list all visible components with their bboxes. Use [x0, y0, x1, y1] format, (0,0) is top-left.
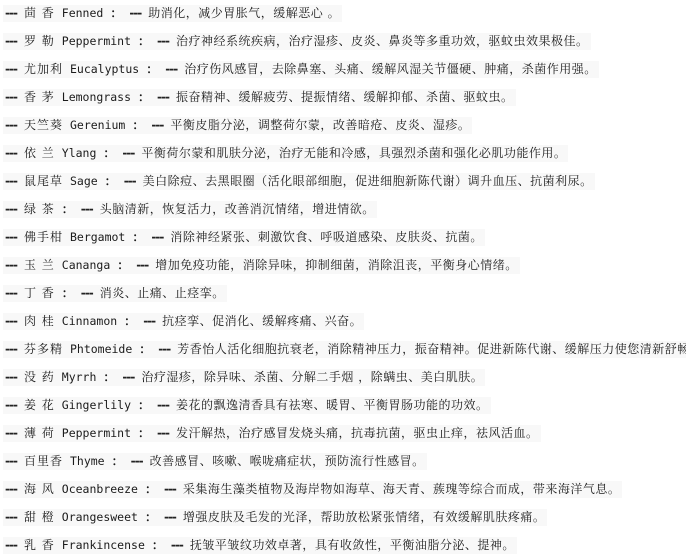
oil-list-item-18: --- 海 风 Oceanbreeze ： --- 采集海生藻类植物及海岸物如海…: [3, 475, 686, 503]
oil-name-en: Peppermint: [62, 426, 131, 441]
oil-name-cn: 丁 香: [24, 286, 55, 301]
leading-dashes: ---: [5, 342, 17, 357]
oil-name-en: Phtomeide: [70, 342, 132, 357]
mid-dashes: ---: [164, 482, 176, 497]
oil-description: 振奋精神、缓解疲劳、提振情绪、缓解抑郁、杀菌、驱蚊虫。: [176, 90, 514, 105]
leading-dashes: ---: [5, 454, 17, 469]
oil-description: 增强皮肤及毛发的光泽，帮助放松紧张情绪，有效缓解肌肤疼痛。: [183, 510, 546, 525]
oil-name-cn: 依 兰: [24, 146, 55, 161]
oil-description: 改善感冒、咳嗽、喉咙痛症状，预防流行性感冒。: [150, 454, 425, 469]
colon-separator: ：: [132, 230, 144, 245]
colon-separator: ：: [103, 146, 115, 161]
leading-dashes: ---: [5, 174, 17, 189]
oil-name-en: Fenned: [62, 6, 104, 21]
colon-separator: ：: [110, 6, 122, 21]
oil-description: 抗痉挛、促消化、缓解疼痛、兴奋。: [162, 314, 362, 329]
oil-description: 治疗湿疹，除异味、杀菌、分解二手烟 ，除螨虫、美白肌肤。: [141, 370, 483, 385]
mid-dashes: ---: [151, 230, 163, 245]
mid-dashes: ---: [131, 454, 143, 469]
mid-dashes: ---: [124, 174, 136, 189]
oil-list-item-8: --- 绿 茶 ： --- 头脑清新，恢复活力，改善消沉情绪，增进情欲。: [3, 196, 686, 224]
leading-dashes: ---: [5, 538, 17, 553]
oil-list-item-6: --- 依 兰 Ylang ： --- 平衡荷尔蒙和肌肤分泌，治疗无能和冷感，具…: [3, 140, 686, 168]
oil-line-text: --- 绿 茶 ： --- 头脑清新，恢复活力，改善消沉情绪，增进情欲。: [3, 201, 377, 218]
oil-name-cn: 罗 勒: [24, 34, 55, 49]
oil-description: 消除神经紧张、刺激饮食、呼吸道感染、皮肤炎、抗菌。: [170, 230, 483, 245]
colon-separator: ：: [62, 286, 74, 301]
oil-name-cn: 芬多精: [24, 342, 63, 357]
oil-name-en: Sage: [70, 174, 98, 189]
oil-list-item-12: --- 肉 桂 Cinnamon ： --- 抗痉挛、促消化、缓解疼痛、兴奋。: [3, 307, 686, 335]
mid-dashes: ---: [81, 202, 93, 217]
oil-name-cn: 鼠尾草: [24, 174, 63, 189]
colon-separator: ：: [132, 118, 144, 133]
oil-name-cn: 天竺葵: [24, 118, 63, 133]
oil-line-text: --- 丁 香 ： --- 消炎、止痛、止痉挛。: [3, 285, 227, 302]
oil-line-text: --- 鼠尾草 Sage ： --- 美白除痘、去黑眼圈（活化眼部细胞，促进细胞…: [3, 173, 595, 190]
oil-description: 芳香怡人活化细胞抗衰老，消除精神压力，振奋精神。促进新陈代谢、缓解压力使您清新舒…: [177, 342, 686, 357]
oil-name-cn: 甜 橙: [24, 510, 55, 525]
oil-name-cn: 玉 兰: [24, 258, 55, 273]
oil-name-en: Bergamot: [70, 230, 125, 245]
mid-dashes: ---: [122, 146, 134, 161]
oil-line-text: --- 甜 橙 Orangesweet ： --- 增强皮肤及毛发的光泽，帮助放…: [3, 509, 547, 526]
essential-oil-info-sheet: --- 茴 香 Fenned ： --- 助消化，减少胃胀气，缓解恶心 。 --…: [0, 0, 686, 559]
mid-dashes: ---: [151, 118, 163, 133]
mid-dashes: ---: [171, 538, 183, 553]
colon-separator: ：: [138, 90, 150, 105]
oil-name-cn: 香 茅: [24, 90, 55, 105]
leading-dashes: ---: [5, 258, 17, 273]
leading-dashes: ---: [5, 118, 17, 133]
oil-name-en: Ylang: [62, 146, 97, 161]
oil-name-en: Orangesweet: [62, 510, 138, 525]
mid-dashes: ---: [157, 90, 169, 105]
oil-line-text: --- 乳 香 Frankincense ： --- 抚皱平皱纹功效卓著，具有收…: [3, 537, 517, 554]
leading-dashes: ---: [5, 202, 17, 217]
oil-name-en: Thyme: [70, 454, 105, 469]
oil-list-item-17: --- 百里香 Thyme ： --- 改善感冒、咳嗽、喉咙痛症状，预防流行性感…: [3, 447, 686, 475]
mid-dashes: ---: [165, 62, 177, 77]
mid-dashes: ---: [158, 342, 170, 357]
leading-dashes: ---: [5, 230, 17, 245]
oil-name-cn: 佛手柑: [24, 230, 63, 245]
leading-dashes: ---: [5, 146, 17, 161]
oil-line-text: --- 海 风 Oceanbreeze ： --- 采集海生藻类植物及海岸物如海…: [3, 481, 622, 498]
mid-dashes: ---: [136, 258, 148, 273]
oil-description: 治疗伤风感冒，去除鼻塞、头痛、缓解风湿关节僵硬、肿痛，杀菌作用强。: [184, 62, 597, 77]
oil-name-cn: 尤加利: [24, 62, 63, 77]
oil-list-item-7: --- 鼠尾草 Sage ： --- 美白除痘、去黑眼圈（活化眼部细胞，促进细胞…: [3, 168, 686, 196]
mid-dashes: ---: [157, 398, 169, 413]
oil-name-en: Gerenium: [70, 118, 125, 133]
oil-list-item-14: --- 没 药 Myrrh ： --- 治疗湿疹，除异味、杀菌、分解二手烟 ，除…: [3, 363, 686, 391]
oil-name-cn: 茴 香: [24, 6, 55, 21]
leading-dashes: ---: [5, 6, 17, 21]
oil-list-item-13: --- 芬多精 Phtomeide ： --- 芳香怡人活化细胞抗衰老，消除精神…: [3, 335, 686, 363]
oil-list-item-15: --- 姜 花 Gingerlily ： --- 姜花的飘逸清香具有祛寒、暖胃、…: [3, 391, 686, 419]
oil-line-text: --- 肉 桂 Cinnamon ： --- 抗痉挛、促消化、缓解疼痛、兴奋。: [3, 313, 364, 330]
oil-list-item-9: --- 佛手柑 Bergamot ： --- 消除神经紧张、刺激饮食、呼吸道感染…: [3, 224, 686, 252]
colon-separator: ：: [138, 426, 150, 441]
colon-separator: ：: [146, 62, 158, 77]
mid-dashes: ---: [143, 314, 155, 329]
colon-separator: ：: [105, 174, 117, 189]
colon-separator: ：: [112, 454, 124, 469]
leading-dashes: ---: [5, 90, 17, 105]
leading-dashes: ---: [5, 510, 17, 525]
colon-separator: ：: [117, 258, 129, 273]
oil-description: 治疗神经系统疾病，治疗湿疹、皮炎、鼻炎等多重功效，驱蚊虫效果极佳。: [176, 34, 589, 49]
oil-name-cn: 海 风: [24, 482, 55, 497]
oil-line-text: --- 姜 花 Gingerlily ： --- 姜花的飘逸清香具有祛寒、暖胃、…: [3, 397, 491, 414]
leading-dashes: ---: [5, 426, 17, 441]
colon-separator: ：: [124, 314, 136, 329]
oil-name-en: Eucalyptus: [70, 62, 139, 77]
oil-line-text: --- 玉 兰 Cananga ： --- 增加免疫功能，消除异味，抑制细菌，消…: [3, 257, 520, 274]
colon-separator: ：: [138, 398, 150, 413]
oil-name-en: Lemongrass: [62, 90, 131, 105]
oil-description: 采集海生藻类植物及海岸物如海草、海天青、蔟瑰等综合而成，带来海洋气息。: [183, 482, 621, 497]
leading-dashes: ---: [5, 34, 17, 49]
oil-line-text: --- 芬多精 Phtomeide ： --- 芳香怡人活化细胞抗衰老，消除精神…: [3, 341, 686, 358]
colon-separator: ：: [145, 510, 157, 525]
oil-name-cn: 没 药: [24, 370, 55, 385]
oil-name-en: Oceanbreeze: [62, 482, 138, 497]
oil-list-item-5: --- 天竺葵 Gerenium ： --- 平衡皮脂分泌，调整荷尔蒙，改善暗疮…: [3, 112, 686, 140]
mid-dashes: ---: [164, 510, 176, 525]
mid-dashes: ---: [129, 6, 141, 21]
colon-separator: ：: [103, 370, 115, 385]
oil-line-text: --- 香 茅 Lemongrass ： --- 振奋精神、缓解疲劳、提振情绪、…: [3, 89, 516, 106]
mid-dashes: ---: [157, 34, 169, 49]
colon-separator: ：: [62, 202, 74, 217]
leading-dashes: ---: [5, 314, 17, 329]
oil-name-cn: 肉 桂: [24, 314, 55, 329]
oil-line-text: --- 百里香 Thyme ： --- 改善感冒、咳嗽、喉咙痛症状，预防流行性感…: [3, 453, 427, 470]
colon-separator: ：: [145, 482, 157, 497]
oil-list-item-19: --- 甜 橙 Orangesweet ： --- 增强皮肤及毛发的光泽，帮助放…: [3, 503, 686, 531]
oil-name-en: Frankincense: [62, 538, 145, 553]
oil-list-item-2: --- 罗 勒 Peppermint ： --- 治疗神经系统疾病，治疗湿疹、皮…: [3, 28, 686, 56]
oil-name-cn: 姜 花: [24, 398, 55, 413]
oil-line-text: --- 没 药 Myrrh ： --- 治疗湿疹，除异味、杀菌、分解二手烟 ，除…: [3, 369, 485, 386]
oil-line-text: --- 茴 香 Fenned ： --- 助消化，减少胃胀气，缓解恶心 。: [3, 5, 342, 22]
oil-list-item-20: --- 乳 香 Frankincense ： --- 抚皱平皱纹功效卓著，具有收…: [3, 531, 686, 559]
leading-dashes: ---: [5, 482, 17, 497]
oil-list-item-11: --- 丁 香 ： --- 消炎、止痛、止痉挛。: [3, 280, 686, 308]
oil-list-item-10: --- 玉 兰 Cananga ： --- 增加免疫功能，消除异味，抑制细菌，消…: [3, 252, 686, 280]
oil-name-en: Myrrh: [62, 370, 97, 385]
oil-line-text: --- 依 兰 Ylang ： --- 平衡荷尔蒙和肌肤分泌，治疗无能和冷感，具…: [3, 145, 568, 162]
leading-dashes: ---: [5, 286, 17, 301]
oil-line-text: --- 尤加利 Eucalyptus ： --- 治疗伤风感冒，去除鼻塞、头痛、…: [3, 61, 599, 78]
oil-description: 姜花的飘逸清香具有祛寒、暖胃、平衡胃肠功能的功效。: [176, 398, 489, 413]
mid-dashes: ---: [157, 426, 169, 441]
oil-name-en: Peppermint: [62, 34, 131, 49]
colon-separator: ：: [152, 538, 164, 553]
leading-dashes: ---: [5, 62, 17, 77]
colon-separator: ：: [138, 34, 150, 49]
oil-description: 增加免疫功能，消除异味，抑制细菌，消除沮丧，平衡身心情绪。: [155, 258, 518, 273]
oil-line-text: --- 佛手柑 Bergamot ： --- 消除神经紧张、刺激饮食、呼吸道感染…: [3, 229, 485, 246]
oil-list-item-4: --- 香 茅 Lemongrass ： --- 振奋精神、缓解疲劳、提振情绪、…: [3, 84, 686, 112]
colon-separator: ：: [139, 342, 151, 357]
oil-name-cn: 绿 茶: [24, 202, 55, 217]
oil-list-item-16: --- 薄 荷 Peppermint ： --- 发汗解热，治疗感冒发烧头痛，抗…: [3, 419, 686, 447]
leading-dashes: ---: [5, 370, 17, 385]
oil-description: 消炎、止痛、止痉挛。: [100, 286, 225, 301]
oil-name-en: Cinnamon: [62, 314, 117, 329]
oil-description: 平衡荷尔蒙和肌肤分泌，治疗无能和冷感，具强烈杀菌和强化必肌功能作用。: [141, 146, 566, 161]
oil-description: 助消化，减少胃胀气，缓解恶心 。: [148, 6, 340, 21]
oil-line-text: --- 天竺葵 Gerenium ： --- 平衡皮脂分泌，调整荷尔蒙，改善暗疮…: [3, 117, 472, 134]
oil-description: 发汗解热，治疗感冒发烧头痛，抗毒抗菌，驱虫止痒，祛风活血。: [176, 426, 539, 441]
oil-list-item-3: --- 尤加利 Eucalyptus ： --- 治疗伤风感冒，去除鼻塞、头痛、…: [3, 56, 686, 84]
mid-dashes: ---: [81, 286, 93, 301]
oil-name-cn: 乳 香: [24, 538, 55, 553]
oil-name-en: Gingerlily: [62, 398, 131, 413]
oil-list-item-1: --- 茴 香 Fenned ： --- 助消化，减少胃胀气，缓解恶心 。: [3, 0, 686, 28]
oil-description: 平衡皮脂分泌，调整荷尔蒙，改善暗疮、皮炎、湿疹。: [170, 118, 470, 133]
oil-line-text: --- 罗 勒 Peppermint ： --- 治疗神经系统疾病，治疗湿疹、皮…: [3, 33, 591, 50]
oil-name-cn: 薄 荷: [24, 426, 55, 441]
oil-description: 美白除痘、去黑眼圈（活化眼部细胞，促进细胞新陈代谢）调升血压、抗菌利尿。: [143, 174, 593, 189]
oil-description: 抚皱平皱纹功效卓著，具有收敛性，平衡油脂分泌、提神。: [190, 538, 515, 553]
oil-line-text: --- 薄 荷 Peppermint ： --- 发汗解热，治疗感冒发烧头痛，抗…: [3, 425, 541, 442]
oil-name-cn: 百里香: [24, 454, 63, 469]
oil-name-en: Cananga: [62, 258, 110, 273]
mid-dashes: ---: [122, 370, 134, 385]
oil-description: 头脑清新，恢复活力，改善消沉情绪，增进情欲。: [100, 202, 375, 217]
leading-dashes: ---: [5, 398, 17, 413]
